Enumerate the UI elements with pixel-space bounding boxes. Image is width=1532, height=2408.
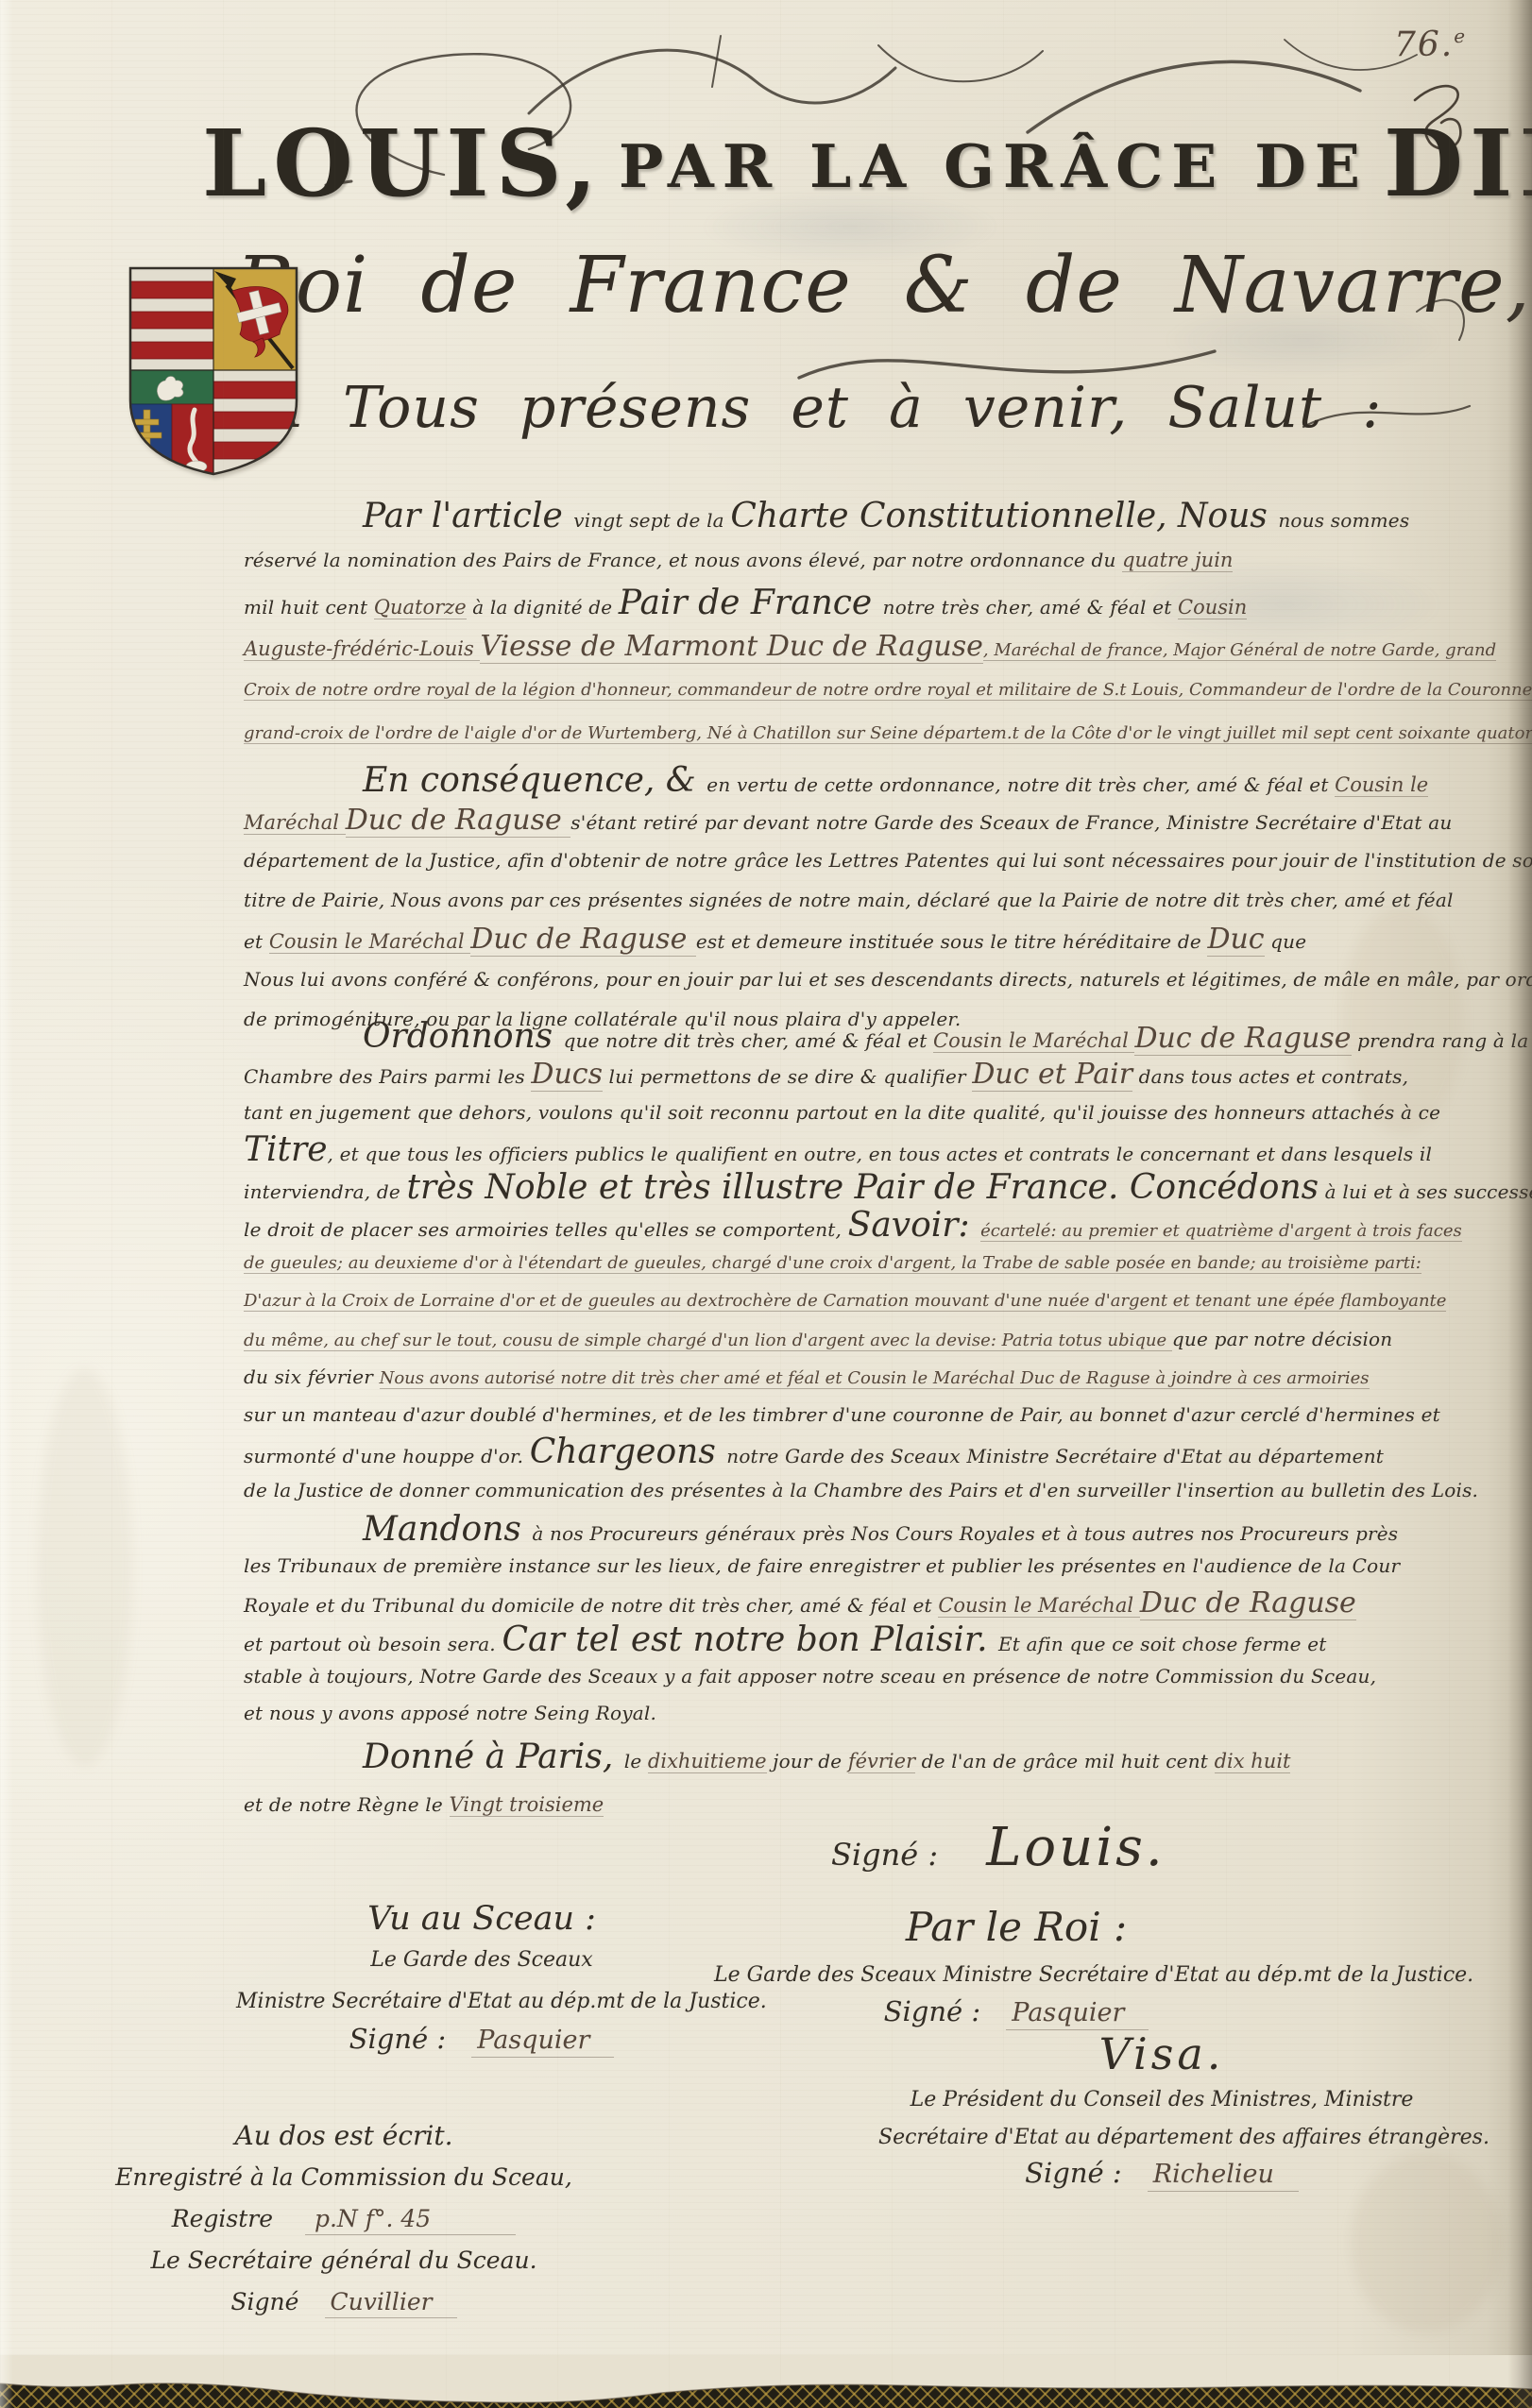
text-line: Auguste-frédéric-Louis Viesse de Marmont… [244,625,1528,669]
text-segment: D'azur à la Croix de Lorraine d'or et de… [244,1291,1446,1312]
text-segment: Cousin le Maréchal [269,930,470,954]
text-segment: Viesse de Marmont Duc de Raguse [480,630,982,664]
text-line: Mandons à nos Procureurs généraux près N… [244,1511,1528,1548]
paragraph-ordonnons: Ordonnons que notre dit très cher, amé &… [244,1018,1528,1509]
text-segment: les Tribunaux de première instance sur l… [244,1554,1400,1577]
text-line: titre de Pairie, Nous avons par ces prés… [244,880,1528,920]
signature-label: Signé : [1025,2157,1122,2189]
text-segment: , Maréchal de france, Major Général de n… [983,640,1496,661]
paragraph-datation: Donné à Paris, le dixhuitieme jour de fé… [244,1734,1528,1828]
text-line: stable à toujours, Notre Garde des Sceau… [244,1658,1528,1695]
text-segment: stable à toujours, Notre Garde des Sceau… [244,1665,1376,1687]
title-middle: PAR LA GRÂCE DE [604,131,1384,201]
block-heading: Vu au Sceau : [236,1900,727,1938]
signature-name-louis: Louis. [986,1817,1165,1878]
text-segment: à nos Procureurs généraux près Nos Cours… [532,1522,1398,1545]
text-line: de la Justice de donner communication de… [244,1471,1528,1509]
text-segment: lui permettons de se dire & qualifier [603,1065,972,1088]
text-segment: le droit de placer ses armoiries telles … [244,1218,848,1241]
text-segment: du même, au chef sur le tout, cousu de s… [244,1331,1172,1351]
signature-label: Signé : [884,1995,981,2027]
text-segment: mil huit cent [244,596,374,619]
text-segment: tant en jugement que dehors, voulons qu'… [244,1101,1440,1124]
text-line: interviendra, de très Noble et très illu… [244,1169,1528,1207]
text-segment: En conséquence, & [363,761,706,800]
binding-edge-ornament [0,2380,1532,2408]
text-line: Titre, et que tous les officiers publics… [244,1131,1528,1169]
text-line: grand-croix de l'ordre de l'aigle d'or d… [244,712,1528,755]
text-line: de gueules; au deuxieme d'or à l'étendar… [244,1245,1528,1282]
endorsement-line: Le Secrétaire général du Sceau. [98,2240,589,2281]
text-segment: que notre dit très cher, amé & féal et [564,1029,933,1052]
signature-name-pasquier: Pasquier [1006,1998,1149,2030]
text-segment: Savoir: [848,1206,980,1245]
text-segment: Chargeons [530,1433,727,1471]
text-segment: est et demeure instituée sous le titre h… [696,930,1208,953]
text-line: sur un manteau d'azur doublé d'hermines,… [244,1396,1528,1433]
paragraph-mandons: Mandons à nos Procureurs généraux près N… [244,1511,1528,1732]
text-segment: Maréchal [244,811,346,835]
paragraph-institution: En conséquence, & en vertu de cette ordo… [244,761,1528,1039]
text-segment: Car tel est notre bon Plaisir. [502,1620,998,1659]
text-segment: écartelé: au premier et quatrième d'arge… [980,1221,1462,1242]
text-segment: vingt sept de la [573,509,730,532]
text-segment: Ordonnons [363,1017,564,1056]
text-segment: et [244,930,269,953]
text-segment: Cousin [1178,596,1247,619]
text-segment: à lui et à ses successeurs [1319,1180,1532,1203]
text-segment: Nous avons autorisé notre dit très cher … [380,1368,1370,1389]
quarter1-bars-gules [121,281,213,359]
text-segment: Chambre des Pairs parmi les [244,1065,531,1088]
text-segment: Charte Constitutionnelle, Nous [730,497,1278,535]
paragraph-preamble: Par l'article vingt sept de la Charte Co… [244,495,1528,755]
text-segment: très Noble et très illustre Pair de Fran… [407,1168,1319,1207]
attestation-line: Le Garde des Sceaux Ministre Secrétaire … [714,1956,1319,1995]
text-segment: de l'an de grâce mil huit cent [915,1750,1214,1772]
attestation-line: Secrétaire d'Etat au département des aff… [878,2119,1445,2157]
text-line: Nous lui avons conféré & conférons, pour… [244,959,1528,999]
text-line: En conséquence, & en vertu de cette ordo… [244,761,1528,801]
text-segment: prendra rang à la [1352,1029,1529,1052]
text-segment: février [848,1750,915,1773]
registre-value: p.N f°. 45 [305,2205,516,2235]
text-segment: s'étant retiré par devant notre Garde de… [570,811,1452,834]
text-segment: Ducs [531,1058,603,1092]
text-segment: et de notre Règne le [244,1793,450,1816]
folio-number: 76.e [1394,25,1467,64]
text-line: et partout où besoin sera. Car tel est n… [244,1621,1528,1658]
signature-name-cuvillier: Cuvillier [325,2288,457,2318]
text-line: tant en jugement que dehors, voulons qu'… [244,1094,1528,1131]
title-salutation-line: A Tous présens et à venir, Salut : [227,380,1417,436]
text-segment: que [1265,930,1307,953]
text-segment: surmonté d'une houppe d'or. [244,1445,530,1467]
text-line: Donné à Paris, le dixhuitieme jour de fé… [244,1734,1528,1781]
text-segment: Duc de Raguse [1140,1586,1356,1620]
text-segment: quatre juin [1122,549,1233,572]
text-segment: Cousin le [1335,773,1428,797]
folio-exponent: e [1454,25,1467,47]
text-segment: Cousin le Maréchal [933,1029,1134,1053]
text-line: du six février Nous avons autorisé notre… [244,1358,1528,1396]
signature-line: Signé Cuvillier [98,2281,589,2326]
attestation-lines: Le Garde des Sceaux Ministre Secrétaire … [714,1956,1319,1995]
block-heading: Visa. [878,2028,1445,2079]
text-line: les Tribunaux de première instance sur l… [244,1548,1528,1585]
par-le-roi-block: Par le Roi : Le Garde des Sceaux Ministr… [714,1904,1319,2027]
text-segment: notre Garde des Sceaux Ministre Secrétai… [726,1445,1384,1467]
attestation-line: Ministre Secrétaire d'Etat au dép.mt de … [236,1981,727,2023]
vu-au-sceau-block: Vu au Sceau : Le Garde des SceauxMinistr… [236,1900,727,2055]
text-segment: Nous lui avons conféré & conférons, pour… [244,968,1532,991]
text-line: Chambre des Pairs parmi les Ducs lui per… [244,1056,1528,1094]
attestation-line: Le Président du Conseil des Ministres, M… [878,2081,1445,2119]
text-segment: dixhuitieme [648,1750,767,1773]
text-segment: Donné à Paris, [363,1738,624,1776]
endorsement-title: Au dos est écrit. [98,2115,589,2157]
endorsement-line: Enregistré à la Commission du Sceau, [98,2157,589,2198]
paper-stain [38,1369,132,1766]
text-segment: sur un manteau d'azur doublé d'hermines,… [244,1403,1440,1426]
text-segment: Quatorze [374,596,467,619]
signature-label: Signé : [349,2023,447,2055]
coat-of-arms [121,261,306,480]
signature-label: Signé [230,2288,298,2315]
signature-name-pasquier: Pasquier [471,2026,614,2058]
text-line: Maréchal Duc de Raguse s'étant retiré pa… [244,801,1528,840]
text-segment: dix huit [1215,1750,1291,1773]
text-line: et Cousin le Maréchal Duc de Raguse est … [244,920,1528,959]
text-segment: Par l'article [363,497,573,535]
text-segment: à la dignité de [467,596,619,619]
text-segment: de gueules; au deuxieme d'or à l'étendar… [244,1253,1421,1274]
text-segment: , et que tous les officiers publics le q… [328,1143,1433,1165]
text-segment: nous sommes [1278,509,1409,532]
text-segment: en vertu de cette ordonnance, notre dit … [706,773,1335,796]
text-segment: Auguste-frédéric-Louis [244,637,480,661]
text-line: réservé la nomination des Pairs de Franc… [244,538,1528,582]
text-segment: Vingt troisieme [450,1793,604,1817]
royal-signature: Signé : Louis. [831,1817,1166,1878]
text-line: Par l'article vingt sept de la Charte Co… [244,495,1528,538]
text-segment: Et afin que ce soit chose ferme et [998,1633,1327,1655]
block-heading: Par le Roi : [714,1904,1319,1950]
quarter4-bars-gules [213,382,306,459]
text-segment: Mandons [363,1510,532,1549]
text-line: Royale et du Tribunal du domicile de not… [244,1585,1528,1621]
registre-label: Registre [172,2205,273,2232]
signature-line: Signé : Pasquier [714,1995,1319,2027]
text-line: surmonté d'une houppe d'or. Chargeons no… [244,1433,1528,1471]
signature-line: Signé : Richelieu [878,2157,1445,2189]
text-line: mil huit cent Quatorze à la dignité de P… [244,582,1528,625]
text-segment: département de la Justice, afin d'obteni… [244,849,1532,872]
text-segment: du six février [244,1365,380,1388]
title-royal-invocation: LOUIS,PAR LA GRÂCE DEDIEU, [202,110,1458,217]
text-line: D'azur à la Croix de Lorraine d'or et de… [244,1282,1528,1320]
text-segment: Royale et du Tribunal du domicile de not… [244,1594,938,1617]
text-segment: que par notre décision [1172,1328,1392,1350]
signature-name-richelieu: Richelieu [1148,2160,1299,2192]
title-word-louis: LOUIS, [202,110,604,217]
attestation-lines: Le Président du Conseil des Ministres, M… [878,2081,1445,2157]
text-segment: de la Justice de donner communication de… [244,1479,1478,1501]
signature-line: Signé : Pasquier [236,2023,727,2055]
title-word-dieu: DIEU, [1384,110,1532,217]
title-kingdoms-line: Roi de France & de Navarre, [236,247,1473,325]
text-segment: Cousin le Maréchal [938,1594,1139,1618]
text-segment: Duc [1207,923,1264,957]
text-segment: Pair de France [619,584,883,622]
page-edge-highlight [0,0,13,2408]
text-segment: et partout où besoin sera. [244,1633,502,1655]
manuscript-page: 76.e LOUIS,PAR LA GRÂCE DEDIEU, Roi de F… [0,0,1532,2408]
registre-line: Registre p.N f°. 45 [98,2198,589,2240]
text-segment: interviendra, de [244,1180,407,1203]
signature-label: Signé : [831,1837,938,1873]
text-segment: Duc et Pair [972,1058,1132,1092]
folio-digits: 76. [1394,25,1454,64]
text-segment: titre de Pairie, Nous avons par ces prés… [244,889,1454,911]
text-line: et nous y avons apposé notre Seing Royal… [244,1695,1528,1732]
text-segment: Duc de Raguse [346,804,571,838]
text-line: département de la Justice, afin d'obteni… [244,840,1528,880]
text-line: Ordonnons que notre dit très cher, amé &… [244,1018,1528,1056]
text-line: le droit de placer ses armoiries telles … [244,1207,1528,1245]
attestation-line: Le Garde des Sceaux [236,1940,727,1981]
text-segment: Titre [244,1130,328,1169]
text-line: Croix de notre ordre royal de la légion … [244,669,1528,712]
attestation-lines: Le Garde des SceauxMinistre Secrétaire d… [236,1940,727,2023]
text-line: du même, au chef sur le tout, cousu de s… [244,1320,1528,1358]
text-segment: grand-croix de l'ordre de l'aigle d'or d… [244,723,1532,744]
text-segment: Duc de Raguse [470,923,696,957]
text-segment: notre très cher, amé & féal et [883,596,1178,619]
text-segment: le [624,1750,648,1772]
text-segment: et nous y avons apposé notre Seing Royal… [244,1702,656,1724]
registration-endorsement-block: Au dos est écrit. Enregistré à la Commis… [98,2115,589,2326]
text-segment: Duc de Raguse [1134,1022,1351,1056]
text-segment: réservé la nomination des Pairs de Franc… [244,549,1122,571]
text-segment: dans tous actes et contrats, [1132,1065,1408,1088]
visa-block: Visa. Le Président du Conseil des Minist… [878,2028,1445,2189]
text-segment: Croix de notre ordre royal de la légion … [244,680,1532,701]
text-segment: jour de [767,1750,848,1772]
